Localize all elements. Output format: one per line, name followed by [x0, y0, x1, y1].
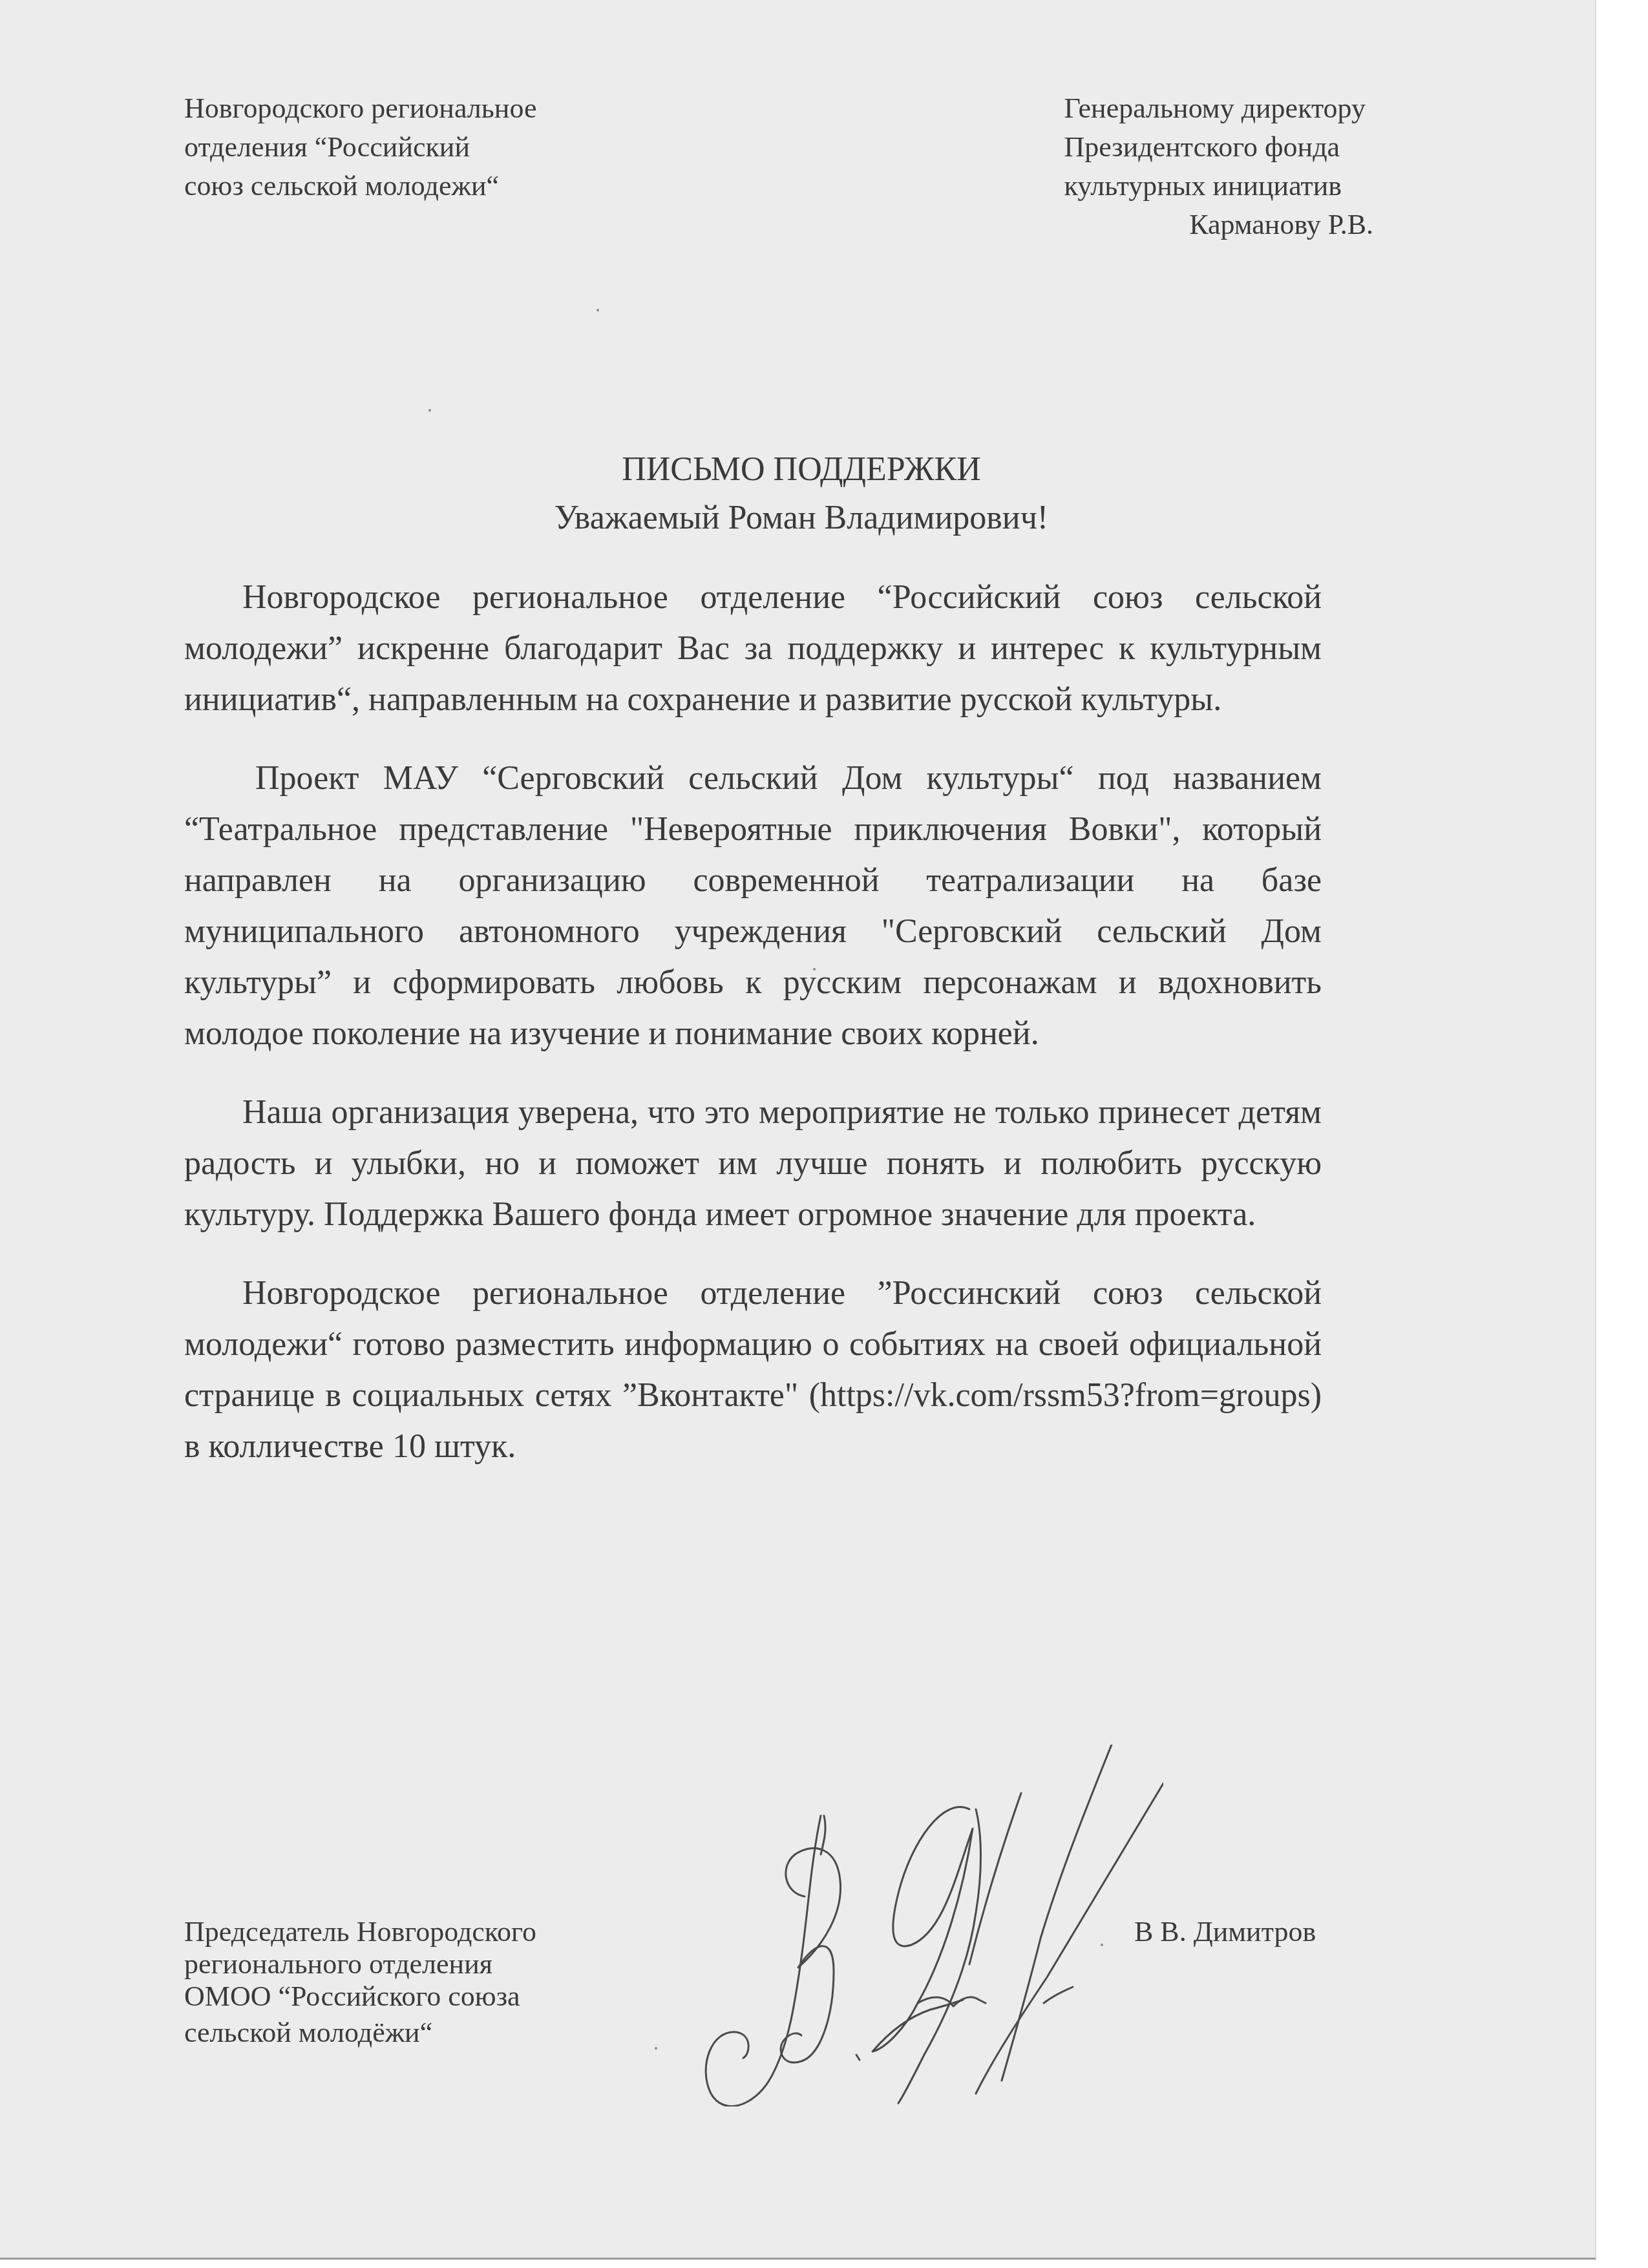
- signature-icon: [698, 1745, 1163, 2106]
- letter-title: ПИСЬМО ПОДДЕРЖКИ: [0, 449, 1603, 490]
- signatory-position: Председатель Новгородского регионального…: [184, 1916, 536, 2049]
- sender-line: отделения “Российский: [184, 128, 536, 167]
- recipient-block: Генеральному директору Президентского фо…: [1064, 89, 1366, 244]
- letter-body: Новгородское региональное отделение “Рос…: [184, 572, 1322, 1500]
- position-line: ОМОО “Российского союза: [184, 1980, 536, 2013]
- recipient-line: Президентского фонда: [1064, 128, 1366, 167]
- sender-block: Новгородского региональное отделения “Ро…: [184, 89, 536, 205]
- sender-line: Новгородского региональное: [184, 89, 536, 128]
- body-paragraph: Наша организация уверена, что это меропр…: [184, 1087, 1322, 1240]
- recipient-line: Генеральному директору: [1064, 89, 1366, 128]
- sender-line: союз сельской молодежи“: [184, 167, 536, 205]
- salutation: Уважаемый Роман Владимирович!: [0, 498, 1603, 539]
- letter-page: Новгородского региональное отделения “Ро…: [0, 0, 1596, 2260]
- position-line: сельской молодёжи“: [184, 2017, 536, 2049]
- recipient-name: Карманову Р.В.: [1064, 205, 1373, 244]
- body-paragraph: Проект МАУ “Серговский сельский Дом куль…: [184, 753, 1322, 1059]
- signatory-name: В В. Димитров: [1134, 1916, 1316, 1948]
- position-line: регионального отделения: [184, 1948, 536, 1980]
- position-line: Председатель Новгородского: [184, 1916, 536, 1948]
- body-paragraph: Новгородское региональное отделение “Рос…: [184, 572, 1322, 725]
- body-paragraph: Новгородское региональное отделение ”Рос…: [184, 1268, 1322, 1472]
- recipient-line: культурных инициатив: [1064, 167, 1366, 205]
